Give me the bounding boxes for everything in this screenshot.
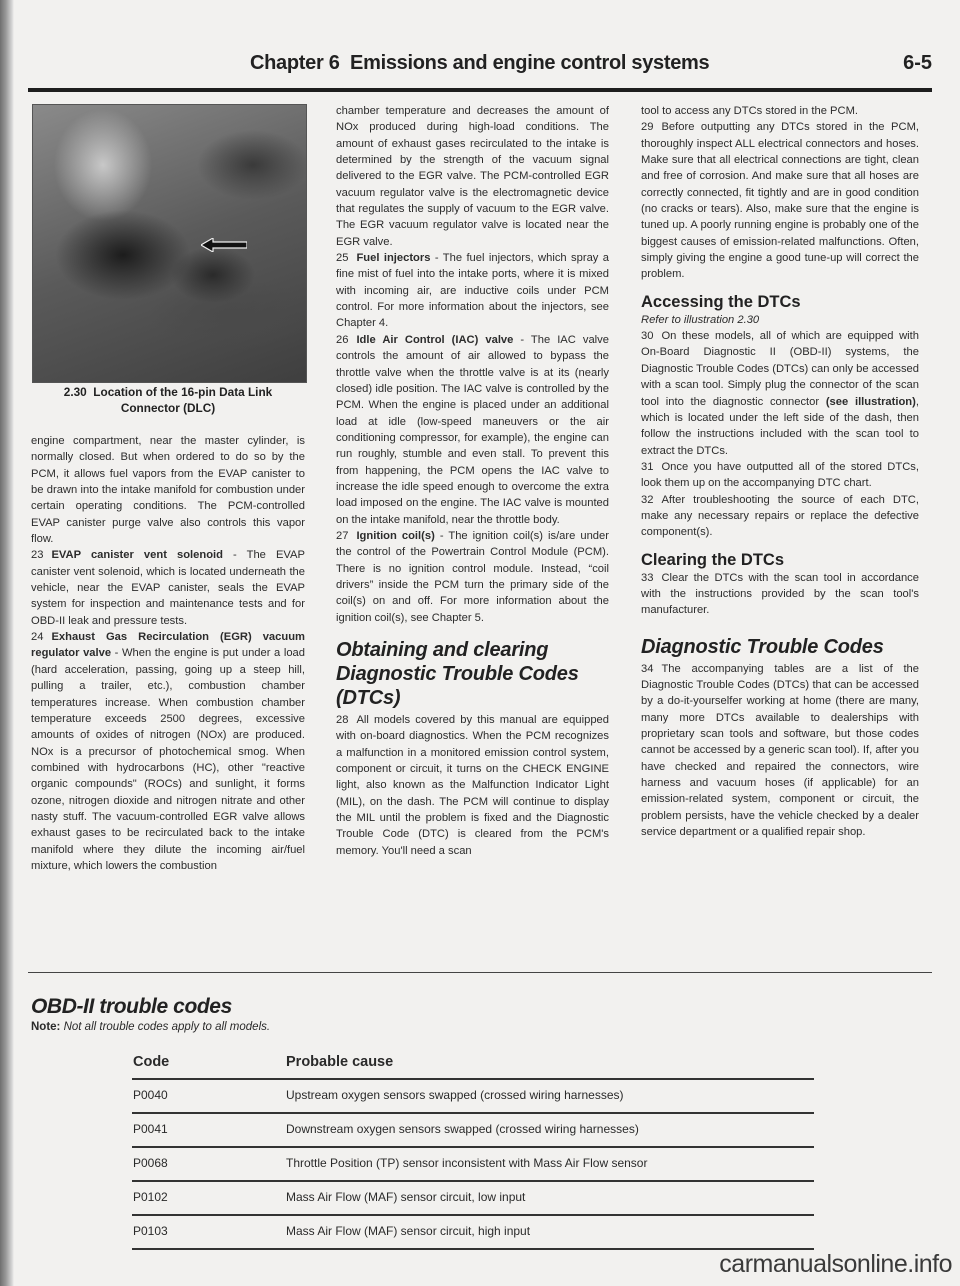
item-number: 26 [336, 334, 348, 346]
item-number: 29 [641, 121, 653, 133]
item-text: Before outputting any DTCs stored in the… [641, 121, 919, 280]
figure-caption: 2.30 Location of the 16-pin Data Link Co… [31, 384, 305, 416]
refer-to-illustration: Refer to illustration 2.30 [641, 312, 919, 328]
paragraph-continued: tool to access any DTCs stored in the PC… [641, 103, 919, 119]
table-row: P0102 Mass Air Flow (MAF) sensor circuit… [132, 1182, 814, 1216]
table-row: P0041 Downstream oxygen sensors swapped … [132, 1114, 814, 1148]
item-31: 31Once you have outputted all of the sto… [641, 459, 919, 492]
section-divider [28, 972, 932, 973]
dtc-code: P0040 [133, 1088, 168, 1102]
arrow-left-icon [201, 238, 247, 252]
item-28: 28All models covered by this manual are … [336, 712, 609, 859]
dtc-cause: Mass Air Flow (MAF) sensor circuit, high… [286, 1224, 530, 1238]
column-header-probable-cause: Probable cause [286, 1054, 393, 1070]
page-header: Chapter 6 Emissions and engine control s… [0, 52, 932, 80]
dtc-cause: Mass Air Flow (MAF) sensor circuit, low … [286, 1190, 525, 1204]
dtc-code: P0103 [133, 1224, 168, 1238]
table-row: P0103 Mass Air Flow (MAF) sensor circuit… [132, 1216, 814, 1250]
item-number: 28 [336, 714, 348, 726]
subheading-clearing-dtcs: Clearing the DTCs [641, 550, 919, 570]
dtc-code: P0102 [133, 1190, 168, 1204]
table-row: P0068 Throttle Position (TP) sensor inco… [132, 1148, 814, 1182]
item-number: 32 [641, 494, 653, 506]
item-text: - The ignition coil(s) is/are under the … [336, 530, 609, 624]
item-30: 30On these models, all of which are equi… [641, 328, 919, 459]
dtc-code: P0068 [133, 1156, 168, 1170]
item-number: 23 [31, 549, 43, 561]
note-text: Not all trouble codes apply to all model… [64, 1021, 270, 1033]
item-text: - The IAC valve controls the amount of a… [336, 334, 609, 526]
table-header-row: Code Probable cause [132, 1051, 814, 1080]
item-number: 30 [641, 330, 653, 342]
item-23: 23EVAP canister vent solenoid - The EVAP… [31, 547, 305, 629]
dtc-cause: Upstream oxygen sensors swapped (crossed… [286, 1088, 623, 1102]
item-34: 34The accompanying tables are a list of … [641, 661, 919, 841]
chapter-title: Chapter 6 Emissions and engine control s… [250, 52, 709, 75]
item-text: Clear the DTCs with the scan tool in acc… [641, 572, 919, 617]
figure-caption-line2: Connector (DLC) [31, 400, 305, 416]
item-title: EVAP canister vent solenoid [51, 549, 223, 561]
page-binding-edge [0, 0, 14, 1286]
paragraph-continued: chamber temperature and decreases the am… [336, 103, 609, 250]
subheading-accessing-dtcs: Accessing the DTCs [641, 292, 919, 312]
dtc-cause: Throttle Position (TP) sensor inconsiste… [286, 1156, 647, 1170]
item-title: Ignition coil(s) [356, 530, 434, 542]
item-24: 24Exhaust Gas Recirculation (EGR) vacuum… [31, 629, 305, 874]
item-number: 27 [336, 530, 348, 542]
item-title: Idle Air Control (IAC) valve [356, 334, 513, 346]
figure-photo-dlc-location [32, 104, 307, 383]
paragraph-continued: engine compartment, near the master cyli… [31, 433, 305, 547]
item-number: 34 [641, 663, 653, 675]
item-title: Fuel injectors [356, 252, 430, 264]
item-27: 27Ignition coil(s) - The ignition coil(s… [336, 528, 609, 626]
item-25: 25Fuel injectors - The fuel injectors, w… [336, 250, 609, 332]
item-number: 24 [31, 631, 43, 643]
note-label: Note: [31, 1021, 60, 1033]
dtc-table: Code Probable cause P0040 Upstream oxyge… [132, 1051, 814, 1250]
column-header-code: Code [133, 1054, 169, 1070]
item-32: 32After troubleshooting the source of ea… [641, 492, 919, 541]
column-3: tool to access any DTCs stored in the PC… [641, 103, 919, 840]
item-text: - When the engine is put under a load (h… [31, 647, 305, 871]
section-heading-obtaining-clearing-dtcs: Obtaining and clearing Diagnostic Troubl… [336, 638, 609, 710]
column-2: chamber temperature and decreases the am… [336, 103, 609, 859]
page-number: 6-5 [903, 52, 932, 75]
column-1: engine compartment, near the master cyli… [31, 433, 305, 874]
item-text: The accompanying tables are a list of th… [641, 663, 919, 838]
watermark: carmanualsonline.info [719, 1250, 952, 1279]
item-number: 25 [336, 252, 348, 264]
table-title: OBD-II trouble codes [31, 995, 232, 1019]
item-33: 33Clear the DTCs with the scan tool in a… [641, 570, 919, 619]
dtc-cause: Downstream oxygen sensors swapped (cross… [286, 1122, 639, 1136]
figure-caption-line1: 2.30 Location of the 16-pin Data Link [31, 384, 305, 400]
item-number: 31 [641, 461, 653, 473]
item-number: 33 [641, 572, 653, 584]
item-text: All models covered by this manual are eq… [336, 714, 609, 857]
item-text: Once you have outputted all of the store… [641, 461, 919, 489]
table-note: Note: Not all trouble codes apply to all… [31, 1021, 270, 1033]
section-heading-diagnostic-trouble-codes: Diagnostic Trouble Codes [641, 635, 919, 659]
illustration-reference: (see illustration) [826, 396, 916, 408]
table-row: P0040 Upstream oxygen sensors swapped (c… [132, 1080, 814, 1114]
header-rule [28, 88, 932, 92]
dtc-code: P0041 [133, 1122, 168, 1136]
item-29: 29Before outputting any DTCs stored in t… [641, 119, 919, 282]
item-26: 26Idle Air Control (IAC) valve - The IAC… [336, 332, 609, 528]
item-text: After troubleshooting the source of each… [641, 494, 919, 539]
